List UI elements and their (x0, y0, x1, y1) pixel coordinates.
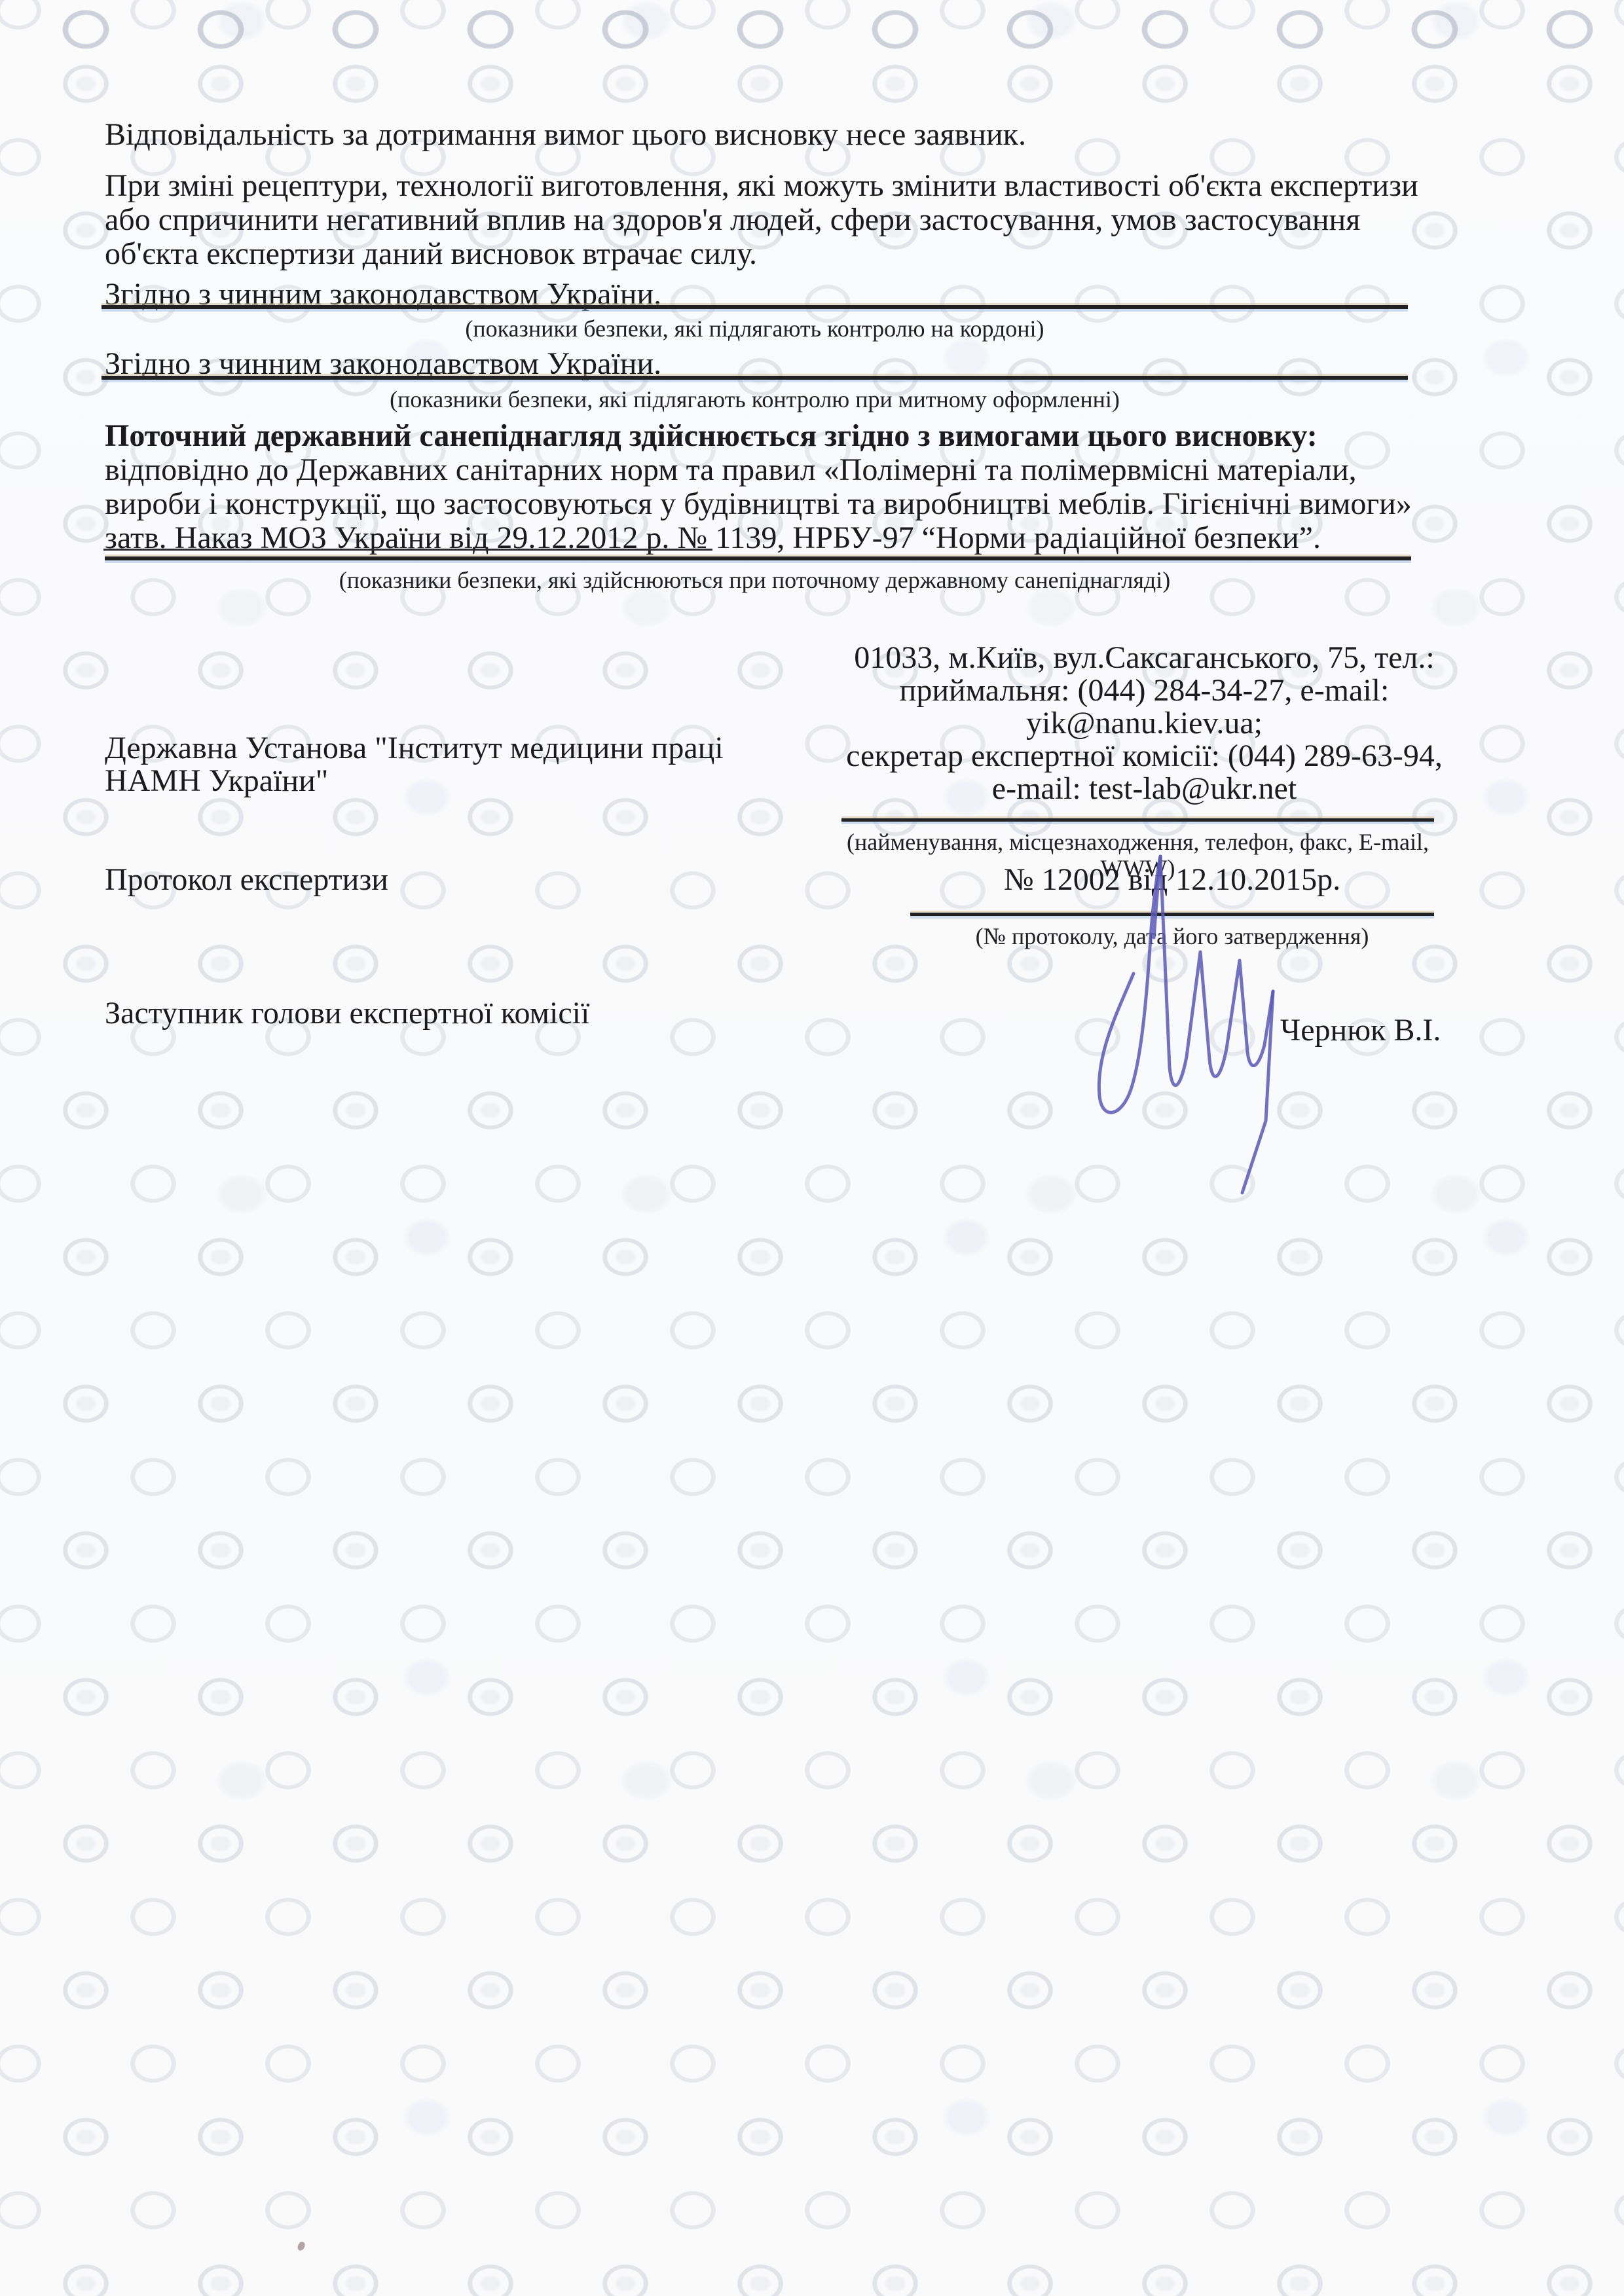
border-control-underline (101, 305, 1408, 309)
border-control-caption: (показники безпеки, які підлягають контр… (105, 316, 1405, 342)
institution-name-line: Державна Установа "Інститут медицини пра… (105, 732, 760, 765)
liability-paragraph: Відповідальність за дотримання вимог цьо… (105, 118, 1421, 152)
address-line: 01033, м.Київ, вул.Саксаганського, 75, т… (805, 642, 1483, 674)
signatory-name: Чернюк В.І. (1280, 1013, 1441, 1048)
supervision-underline (105, 556, 1411, 560)
institution-name: Державна Установа "Інститут медицини пра… (105, 732, 760, 797)
institution-underline (841, 818, 1434, 822)
address-line: yik@nanu.kiev.ua; (805, 707, 1483, 740)
supervision-lead: Поточний державний санепіднагляд здійсню… (105, 418, 1318, 453)
institution-address-block: 01033, м.Київ, вул.Саксаганського, 75, т… (805, 642, 1483, 805)
customs-control-underline (101, 376, 1408, 380)
watermark-pattern (0, 0, 1624, 2296)
address-line: секретар експертної комісії: (044) 289-6… (805, 740, 1483, 773)
institution-name-line: НАМН України" (105, 765, 760, 797)
customs-control-caption: (показники безпеки, які підлягають контр… (105, 386, 1405, 412)
scanned-document-page: Відповідальність за дотримання вимог цьо… (0, 0, 1624, 2296)
address-line: e-mail: test-lab@ukr.net (805, 773, 1483, 805)
protocol-label: Протокол експертизи (105, 863, 388, 897)
supervision-paragraph: Поточний державний санепіднагляд здійсню… (105, 419, 1424, 555)
address-line: приймальня: (044) 284-34-27, e-mail: (805, 674, 1483, 707)
supervision-body: відповідно до Державних санітарних норм … (105, 452, 1412, 555)
invalidation-paragraph: При зміні рецептури, технології виготовл… (105, 169, 1421, 271)
signatory-role: Заступник голови експертної комісії (105, 996, 589, 1030)
supervision-caption: (показники безпеки, які здійснюються при… (105, 567, 1405, 593)
handwritten-signature (1071, 839, 1287, 1196)
supervision-text-underline (103, 549, 712, 551)
